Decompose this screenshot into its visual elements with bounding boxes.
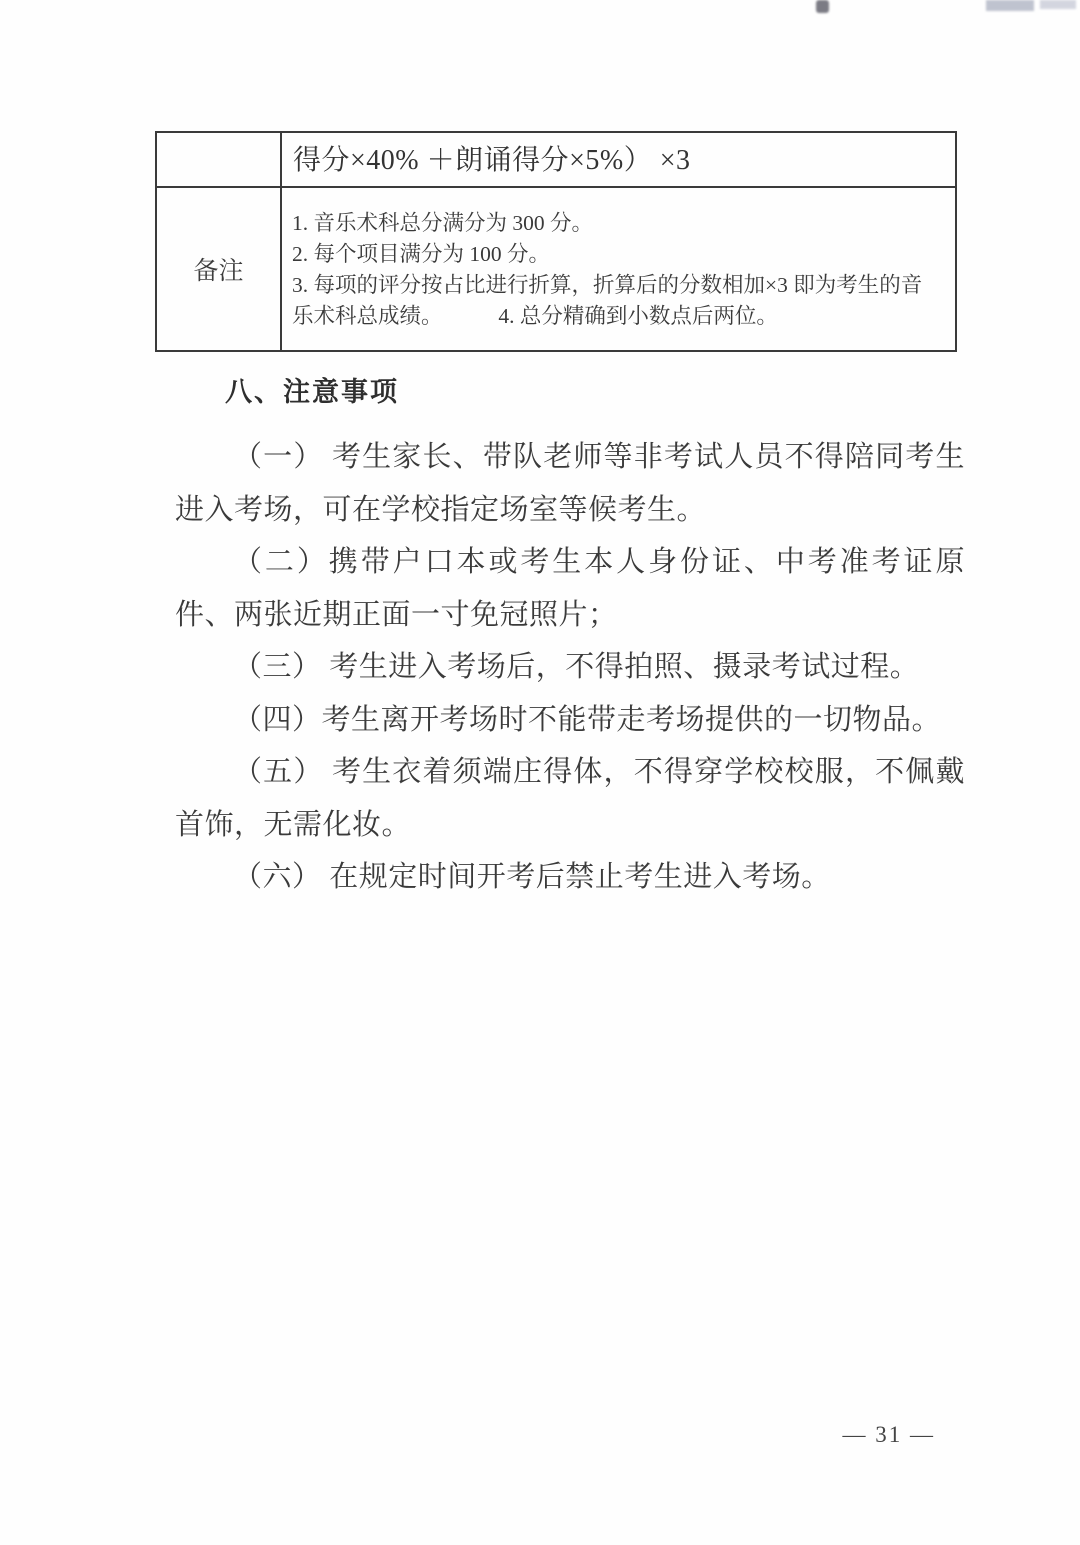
table-cell-empty: [156, 132, 281, 187]
scan-artifact-icon: [1040, 0, 1076, 9]
notice-item-4: （四）考生离开考场时不能带走考场提供的一切物品。: [175, 694, 965, 747]
formula-text: 得分×40% ＋朗诵得分×5%） ×3: [293, 145, 691, 176]
notice-section: 八、注意事项 （一） 考生家长、带队老师等非考试人员不得陪同考生进入考场，可在学…: [175, 370, 965, 904]
note-4-text: 4. 总分精确到小数点后两位。: [498, 304, 778, 328]
table-row: 得分×40% ＋朗诵得分×5%） ×3: [156, 132, 956, 187]
notice-item-1: （一） 考生家长、带队老师等非考试人员不得陪同考生进入考场，可在学校指定场室等候…: [175, 431, 965, 536]
notice-item-3: （三） 考生进入考场后，不得拍照、摄录考试过程。: [175, 641, 965, 694]
score-remarks-table: 得分×40% ＋朗诵得分×5%） ×3 备注 1. 音乐术科总分满分为 300 …: [155, 131, 957, 352]
page-number: — 31 —: [843, 1422, 936, 1448]
scan-artifact-icon: [986, 0, 1034, 11]
scan-artifact-icon: [816, 0, 829, 13]
note-line-2: 2. 每个项目满分为 100 分。: [292, 239, 925, 270]
note-line-1: 1. 音乐术科总分满分为 300 分。: [292, 208, 925, 239]
notice-item-5: （五） 考生衣着须端庄得体，不得穿学校校服，不佩戴首饰，无需化妆。: [175, 746, 965, 851]
note-line-3: 3. 每项的评分按占比进行折算，折算后的分数相加×3 即为考生的音乐术科总成绩。…: [292, 270, 925, 332]
document-page: 得分×40% ＋朗诵得分×5%） ×3 备注 1. 音乐术科总分满分为 300 …: [0, 0, 1080, 1545]
formula-continuation-cell: 得分×40% ＋朗诵得分×5%） ×3: [281, 132, 956, 187]
remark-label-cell: 备注: [156, 187, 281, 351]
remark-notes-cell: 1. 音乐术科总分满分为 300 分。 2. 每个项目满分为 100 分。 3.…: [281, 187, 956, 351]
notice-item-6: （六） 在规定时间开考后禁止考生进入考场。: [175, 851, 965, 904]
table-row: 备注 1. 音乐术科总分满分为 300 分。 2. 每个项目满分为 100 分。…: [156, 187, 956, 351]
notice-item-2: （二）携带户口本或考生本人身份证、中考准考证原件、两张近期正面一寸免冠照片；: [175, 536, 965, 641]
section-heading: 八、注意事项: [225, 370, 965, 409]
